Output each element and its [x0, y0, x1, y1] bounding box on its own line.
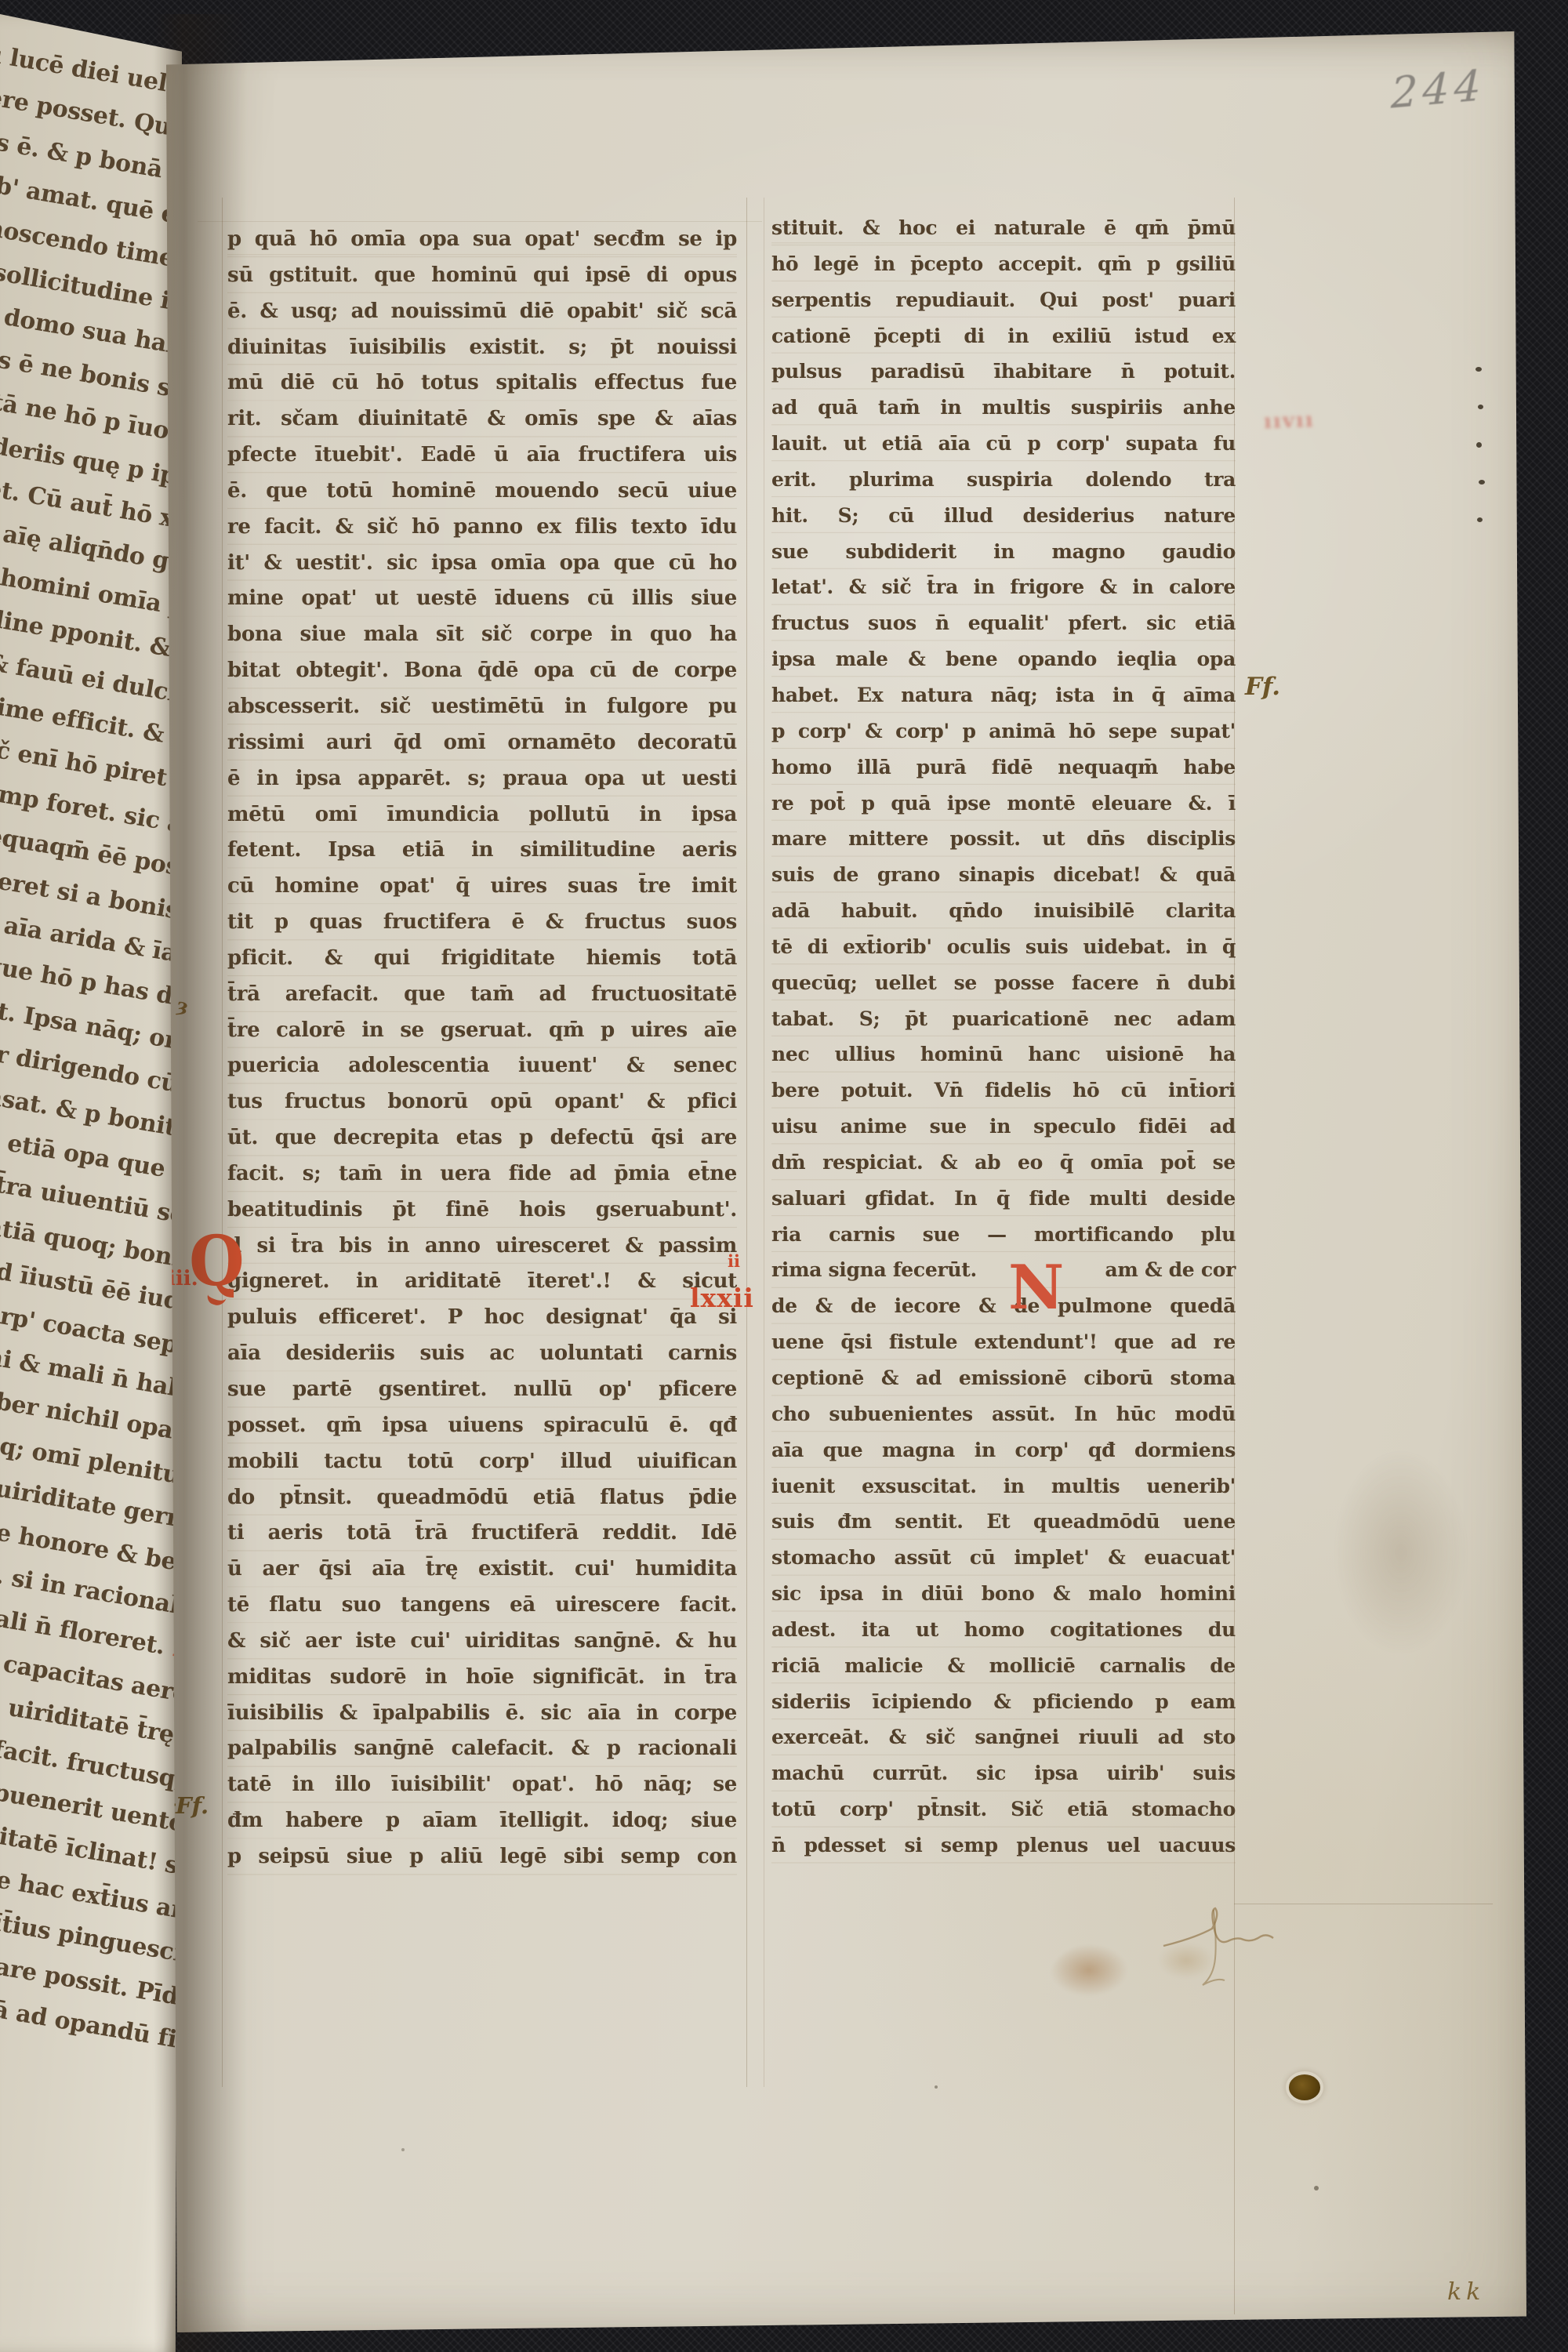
red-initial-N: N — [1008, 1256, 1064, 1320]
text-line: aīa que magna in corp' qđ dormiens — [771, 1432, 1236, 1468]
text-line: tus fructus bonorū opū opant' & pfici — [227, 1084, 737, 1120]
text-line: mētū omī īmundicia pollutū in ipsa — [227, 797, 737, 833]
text-line: tē di ext̄iorib' oculis suis uidebat. in… — [771, 929, 1236, 965]
text-line: n̄ pdesset si semp plenus uel uacuus — [771, 1828, 1236, 1864]
text-line: letat'. & sič t̄ra in frigore & in calor… — [771, 569, 1236, 605]
pricking-speck — [1476, 442, 1482, 448]
dirt-speck — [935, 2085, 938, 2089]
text-line: re facit. & sič hō panno ex filis texto … — [227, 510, 737, 546]
nota-mark-right-margin: Ff. — [1245, 673, 1280, 701]
text-line: ē. & usq; ad nouissimū diē opabit' sič s… — [227, 294, 737, 330]
text-line: fetent. Ipsa etiā in similitudine aeris — [227, 833, 737, 869]
text-line: puluis efficeret'. P hoc designat' q̄a s… — [227, 1300, 737, 1336]
text-line: rima signa fecerūt.am & de cor — [771, 1252, 1236, 1288]
text-line: posset. qm̄ ipsa uiuens spiraculū ē. qđ — [227, 1408, 737, 1444]
text-line: saluari gfidat. In q̄ fide multi deside — [771, 1181, 1236, 1217]
text-line: adā habuit. qn̄do inuisibilē clarita — [771, 893, 1236, 929]
text-line: rit. sčam diuinitatē & omīs spe & aīas — [227, 401, 737, 437]
ruling-line — [222, 198, 223, 2087]
manuscript-page: p quā hō omīa opa sua opat' secđm se ips… — [166, 31, 1526, 2332]
ruling-line — [764, 198, 764, 2087]
text-line: diuinitas īuisibilis existit. s; p̄t nou… — [227, 330, 737, 366]
text-line: ē. que totū hominē mouendo secū uiue — [227, 474, 737, 510]
text-line: palpabilis sanḡnē calefacit. & p raciona… — [227, 1731, 737, 1767]
ink-scribble — [1156, 1897, 1312, 2015]
text-line: t̄re calorē in se gseruat. qm̄ p uires a… — [227, 1013, 737, 1049]
text-line: sue subdiderit in magno gaudio — [771, 534, 1236, 570]
text-line: homo illā purā fidē nequaqm̄ habe — [771, 750, 1236, 786]
text-line: puericia adolescentia iuuent' & senec — [227, 1048, 737, 1084]
text-line: quecūq; uellet se posse facere n̄ dubi — [771, 965, 1236, 1001]
manuscript-photo: eu lucē diei uel tenebrashere posset. Qu… — [0, 0, 1568, 2352]
quire-signature: kk — [1447, 2278, 1485, 2306]
text-line: stomacho assūt cū implet' & euacuat' — [771, 1540, 1236, 1576]
text-line: mū diē cū hō totus spitalis effectus fue — [227, 365, 737, 401]
text-line: serpentis repudiauit. Qui post' puari — [771, 282, 1236, 318]
text-column-left: p quā hō omīa opa sua opat' secđm se ips… — [227, 222, 737, 1878]
text-line: machū currūt. sic ipsa uirib' suis — [771, 1755, 1236, 1791]
text-line: exerceāt. & sič sanḡnei riuuli ad sto — [771, 1719, 1236, 1755]
text-line: miditas sudorē in hoīe significāt. in t̄… — [227, 1660, 737, 1696]
text-line: totū corp' pt̄nsit. Sič etiā stomacho — [771, 1791, 1236, 1828]
text-line: sū gstituit. que hominū qui ipsē di opus — [227, 258, 737, 294]
wormhole — [1289, 2074, 1320, 2100]
text-line: pfecte ītuebit'. Eadē ū aīa fructifera u… — [227, 437, 737, 474]
text-line: īuisibilis & īpalpabilis ē. sic aīa in c… — [227, 1696, 737, 1732]
text-line: suis de grano sinapis dicebat! & quā — [771, 857, 1236, 893]
text-line: it' & uestit'. sic ipsa omīa opa que cū … — [227, 546, 737, 582]
text-line: ū aer q̄si aīa t̄rę existit. cui' humidi… — [227, 1552, 737, 1588]
text-line: hit. S; cū illud desiderius nature — [771, 498, 1236, 534]
text-line: erit. plurima suspiria dolendo tra — [771, 462, 1236, 498]
text-line: nec ullius hominū hanc uisionē ha — [771, 1036, 1236, 1073]
previous-page-edge: eu lucē diei uel tenebrashere posset. Qu… — [0, 14, 182, 2352]
text-line: sideriis īcipiendo & pficiendo p eam — [771, 1684, 1236, 1720]
text-line: cationē p̄cepti di in exiliū istud ex — [771, 318, 1236, 354]
text-line: & sič aer iste cui' uiriditas sanḡnē. & … — [227, 1624, 737, 1660]
pricking-speck — [1479, 480, 1485, 485]
text-line: dm̄ respiciat. & ab eo q̄ omīa pot̄ se — [771, 1145, 1236, 1181]
text-line: aīa desideriis suis ac uoluntati carnis — [227, 1336, 737, 1372]
chapter-number-marginal: lxxii — [690, 1283, 754, 1313]
text-line: p corp' & corp' p animā hō sepe supat' — [771, 713, 1236, 750]
text-line: sic ipsa in diūi bono & malo homini — [771, 1576, 1236, 1612]
text-line: đm habere p aīam ītelligit. idoq; siue — [227, 1803, 737, 1839]
text-line: do pt̄nsit. queadmōdū etiā flatus p̄die — [227, 1480, 737, 1516]
text-line: ipsa male & bene opando ieqlia opa — [771, 641, 1236, 677]
text-line: cū homine opat' q̄ uires suas t̄re imit — [227, 869, 737, 905]
pricking-speck — [1475, 367, 1482, 372]
text-column-right: stituit. & hoc ei naturale ē qm̄ p̄mūhō … — [771, 210, 1236, 1866]
text-line: tē flatu suo tangens eā uirescere facit. — [227, 1588, 737, 1624]
text-line: uisu anime sue in speculo fidēi ad — [771, 1109, 1236, 1145]
text-line: facit. s; tam̄ in uera fide ad p̄mia et̄… — [227, 1156, 737, 1192]
dirt-speck — [401, 2148, 405, 2151]
parchment-stain — [1051, 1944, 1160, 2031]
text-line: t̄rā arefacit. que tam̄ ad fructuositatē — [227, 977, 737, 1013]
text-line: fructus suos n̄ equalit' pfert. sic etiā — [771, 605, 1236, 641]
text-line: rissimi auri q̄d omī ornamēto decoratū — [227, 725, 737, 761]
pricking-speck — [1477, 517, 1483, 522]
text-line: mobili tactu totū corp' illud uiuifican — [227, 1444, 737, 1480]
pricking-speck — [1478, 405, 1483, 409]
text-line: mine opat' ut uestē īduens cū illis siue — [227, 581, 737, 617]
dirt-speck — [1314, 2186, 1319, 2190]
folio-number: 244 — [1391, 60, 1486, 118]
text-line: tatē in illo īuisibilit' opat'. hō nāq; … — [227, 1767, 737, 1803]
text-line: gigneret. in ariditatē īteret'.! & sicut — [227, 1264, 737, 1300]
nota-mark-left-margin: Ff. — [176, 1792, 209, 1819]
text-line: ria carnis sue — mortificando plu — [771, 1217, 1236, 1253]
chapter-number-superscript: ii — [728, 1251, 740, 1271]
text-line: ad quā tam̄ in multis suspiriis anhe — [771, 390, 1236, 426]
text-line: ē in ipsa apparēt. s; praua opa ut uesti — [227, 761, 737, 797]
text-line: ti aeris totā t̄rā fructiferā reddit. Id… — [227, 1515, 737, 1552]
text-line: habet. Ex natura nāq; ista in q̄ aīma — [771, 677, 1236, 713]
text-line: cho subuenientes assūt. In hūc modū — [771, 1396, 1236, 1432]
text-line: mare mittere possit. ut dn̄s disciplis — [771, 821, 1236, 857]
text-line: de & de iecore & de pulmone quedā — [771, 1288, 1236, 1324]
text-line: riciā malicie & molliciē carnalis de — [771, 1648, 1236, 1684]
text-line: bitat obtegit'. Bona q̄dē opa cū de corp… — [227, 653, 737, 689]
text-line: suis đm sentit. Et queadmōdū uene — [771, 1504, 1236, 1540]
text-line: tabat. S; p̄t puaricationē nec adam — [771, 1001, 1236, 1037]
red-ink-offset-smudge: ııvıı — [1263, 408, 1315, 434]
text-line: beatitudinis p̄t finē hois gseruabunt'. — [227, 1192, 737, 1229]
text-line: hō legē in p̄cepto accepit. qm̄ p gsiliū — [771, 246, 1236, 282]
text-line: p seipsū siue p aliū legē sibi semp con — [227, 1839, 737, 1875]
text-line: pficit. & qui frigiditate hiemis totā — [227, 941, 737, 977]
text-line: stituit. & hoc ei naturale ē qm̄ p̄mū — [771, 210, 1236, 246]
text-line: iuenit exsuscitat. in multis uenerib' — [771, 1468, 1236, 1504]
text-line: sue partē gsentiret. nullū op' pficere — [227, 1372, 737, 1408]
text-line: ūt. que decrepita etas p defectū q̄si ar… — [227, 1120, 737, 1156]
text-line: uene q̄si fistule extendunt'! que ad re — [771, 1324, 1236, 1360]
text-line: abscesserit. sič uestimētū in fulgore pu — [227, 689, 737, 725]
text-line: adest. ita ut homo cogitationes du — [771, 1612, 1236, 1648]
text-line: d si t̄ra bis in anno uiresceret & passi… — [227, 1229, 737, 1265]
red-initial-Q: Q — [189, 1226, 245, 1295]
text-line: ceptionē & ad emissionē ciborū stoma — [771, 1360, 1236, 1396]
text-line: lauit. ut etiā aīa cū p corp' supata fu — [771, 426, 1236, 462]
gutter-pen-mark: ȝ — [175, 993, 191, 1018]
text-line: bona siue mala sīt sič corpe in quo ha — [227, 617, 737, 653]
text-line: pulsus paradisū īhabitare n̄ potuit. — [771, 354, 1236, 390]
text-line: tit p quas fructifera ē & fructus suos — [227, 905, 737, 941]
text-line: bere potuit. Vn̄ fidelis hō cū int̄iori — [771, 1073, 1236, 1109]
ruling-line — [746, 198, 747, 2087]
text-line: re pot̄ p quā ipse montē eleuare &. ī — [771, 786, 1236, 822]
parchment-stain — [1334, 1450, 1468, 1654]
text-line: p quā hō omīa opa sua opat' secđm se ip — [227, 222, 737, 258]
